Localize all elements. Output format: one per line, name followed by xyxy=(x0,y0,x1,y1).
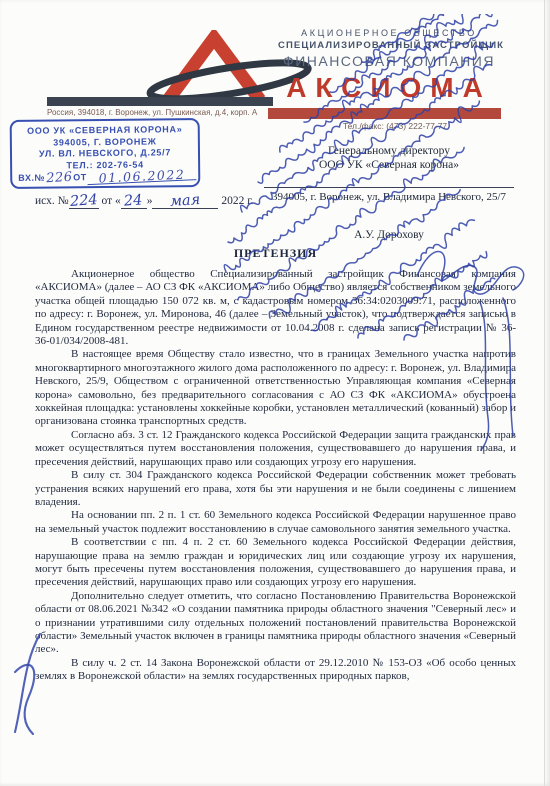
paragraph: На основании пп. 2 п. 1 ст. 60 Земельног… xyxy=(35,509,516,536)
letterhead-dark-bar xyxy=(47,97,273,106)
ref-prefix: исх. № xyxy=(35,195,69,207)
paragraph: Дополнительно следует отметить, что согл… xyxy=(35,590,516,657)
recipient-org: ООО УК «Северная корона» xyxy=(258,158,520,172)
ref-number-handwritten: 224 xyxy=(69,192,98,210)
stamp-street: УЛ. ВЛ. НЕВСКОГО, Д.25/7 xyxy=(14,147,196,160)
paragraph: В настоящее время Обществу стало известн… xyxy=(35,348,516,428)
org-type-line: СПЕЦИАЛИЗИРОВАННЫЙ ЗАСТРОЙЩИК xyxy=(278,40,500,51)
recipient-address: 394005, г. Воронеж, ул. Владимира Невско… xyxy=(258,190,520,204)
paragraph: В силу ст. 304 Гражданского кодекса Росс… xyxy=(35,469,516,509)
stamp-in-number-handwritten: 226 xyxy=(46,172,73,185)
letterhead-red-bar xyxy=(268,108,501,119)
scanned-letter-page: АКЦИОНЕРНОЕ ОБЩЕСТВО СПЕЦИАЛИЗИРОВАННЫЙ … xyxy=(0,0,550,786)
paragraph: Согласно абз. 3 ст. 12 Гражданского коде… xyxy=(35,429,516,469)
company-brand-name: АКСИОМА xyxy=(278,72,500,104)
recipient-position: Генеральному директору xyxy=(258,144,520,158)
recipient-divider xyxy=(264,172,514,188)
outgoing-ref-line: исх. №224 от «24»мая 2022 г. xyxy=(35,192,254,209)
ref-number-blank: 224 xyxy=(69,192,99,209)
stamp-in-date-handwritten: 01.06.2022 xyxy=(87,168,197,185)
ref-from-label: от xyxy=(101,195,112,207)
ref-month-blank: мая xyxy=(152,192,218,209)
document-title: ПРЕТЕНЗИЯ xyxy=(35,246,516,261)
paragraph: В силу ч. 2 ст. 14 Закона Воронежской об… xyxy=(35,657,516,684)
org-type-line: АКЦИОНЕРНОЕ ОБЩЕСТВО xyxy=(278,28,500,38)
document-body: Акционерное общество Специализированный … xyxy=(35,268,516,684)
stamp-in-label: ВХ.№ xyxy=(18,172,45,184)
stamp-org: ООО УК «СЕВЕРНАЯ КОРОНА» xyxy=(14,124,196,137)
paragraph: Акционерное общество Специализированный … xyxy=(35,268,516,348)
recipient-block: Генеральному директору ООО УК «Северная … xyxy=(258,144,520,242)
stamp-incoming-line: ВХ.№226ОТ01.06.2022 xyxy=(14,170,196,184)
incoming-stamp: ООО УК «СЕВЕРНАЯ КОРОНА» 394005, Г. ВОРО… xyxy=(10,118,201,189)
ref-month-handwritten: мая xyxy=(170,192,201,210)
company-address: Россия, 394018, г. Воронеж, ул. Пушкинск… xyxy=(47,108,277,117)
org-type-line: ФИНАНСОВАЯ КОМПАНИЯ xyxy=(278,53,500,69)
recipient-name: А.У. Дорохову xyxy=(258,228,520,242)
stamp-from-label: ОТ xyxy=(73,172,87,184)
paragraph: В соответствии с пп. 4 п. 2 ст. 60 Земел… xyxy=(35,536,516,590)
ref-day-blank: 24 xyxy=(121,192,147,209)
letterhead: АКЦИОНЕРНОЕ ОБЩЕСТВО СПЕЦИАЛИЗИРОВАННЫЙ … xyxy=(278,28,500,104)
ref-day-handwritten: 24 xyxy=(124,192,144,209)
ref-year: 2022 г. xyxy=(221,195,253,207)
company-phone: Тел./факс: (473) 222-77-77 xyxy=(300,121,490,131)
scan-edge-shadow xyxy=(544,0,545,786)
